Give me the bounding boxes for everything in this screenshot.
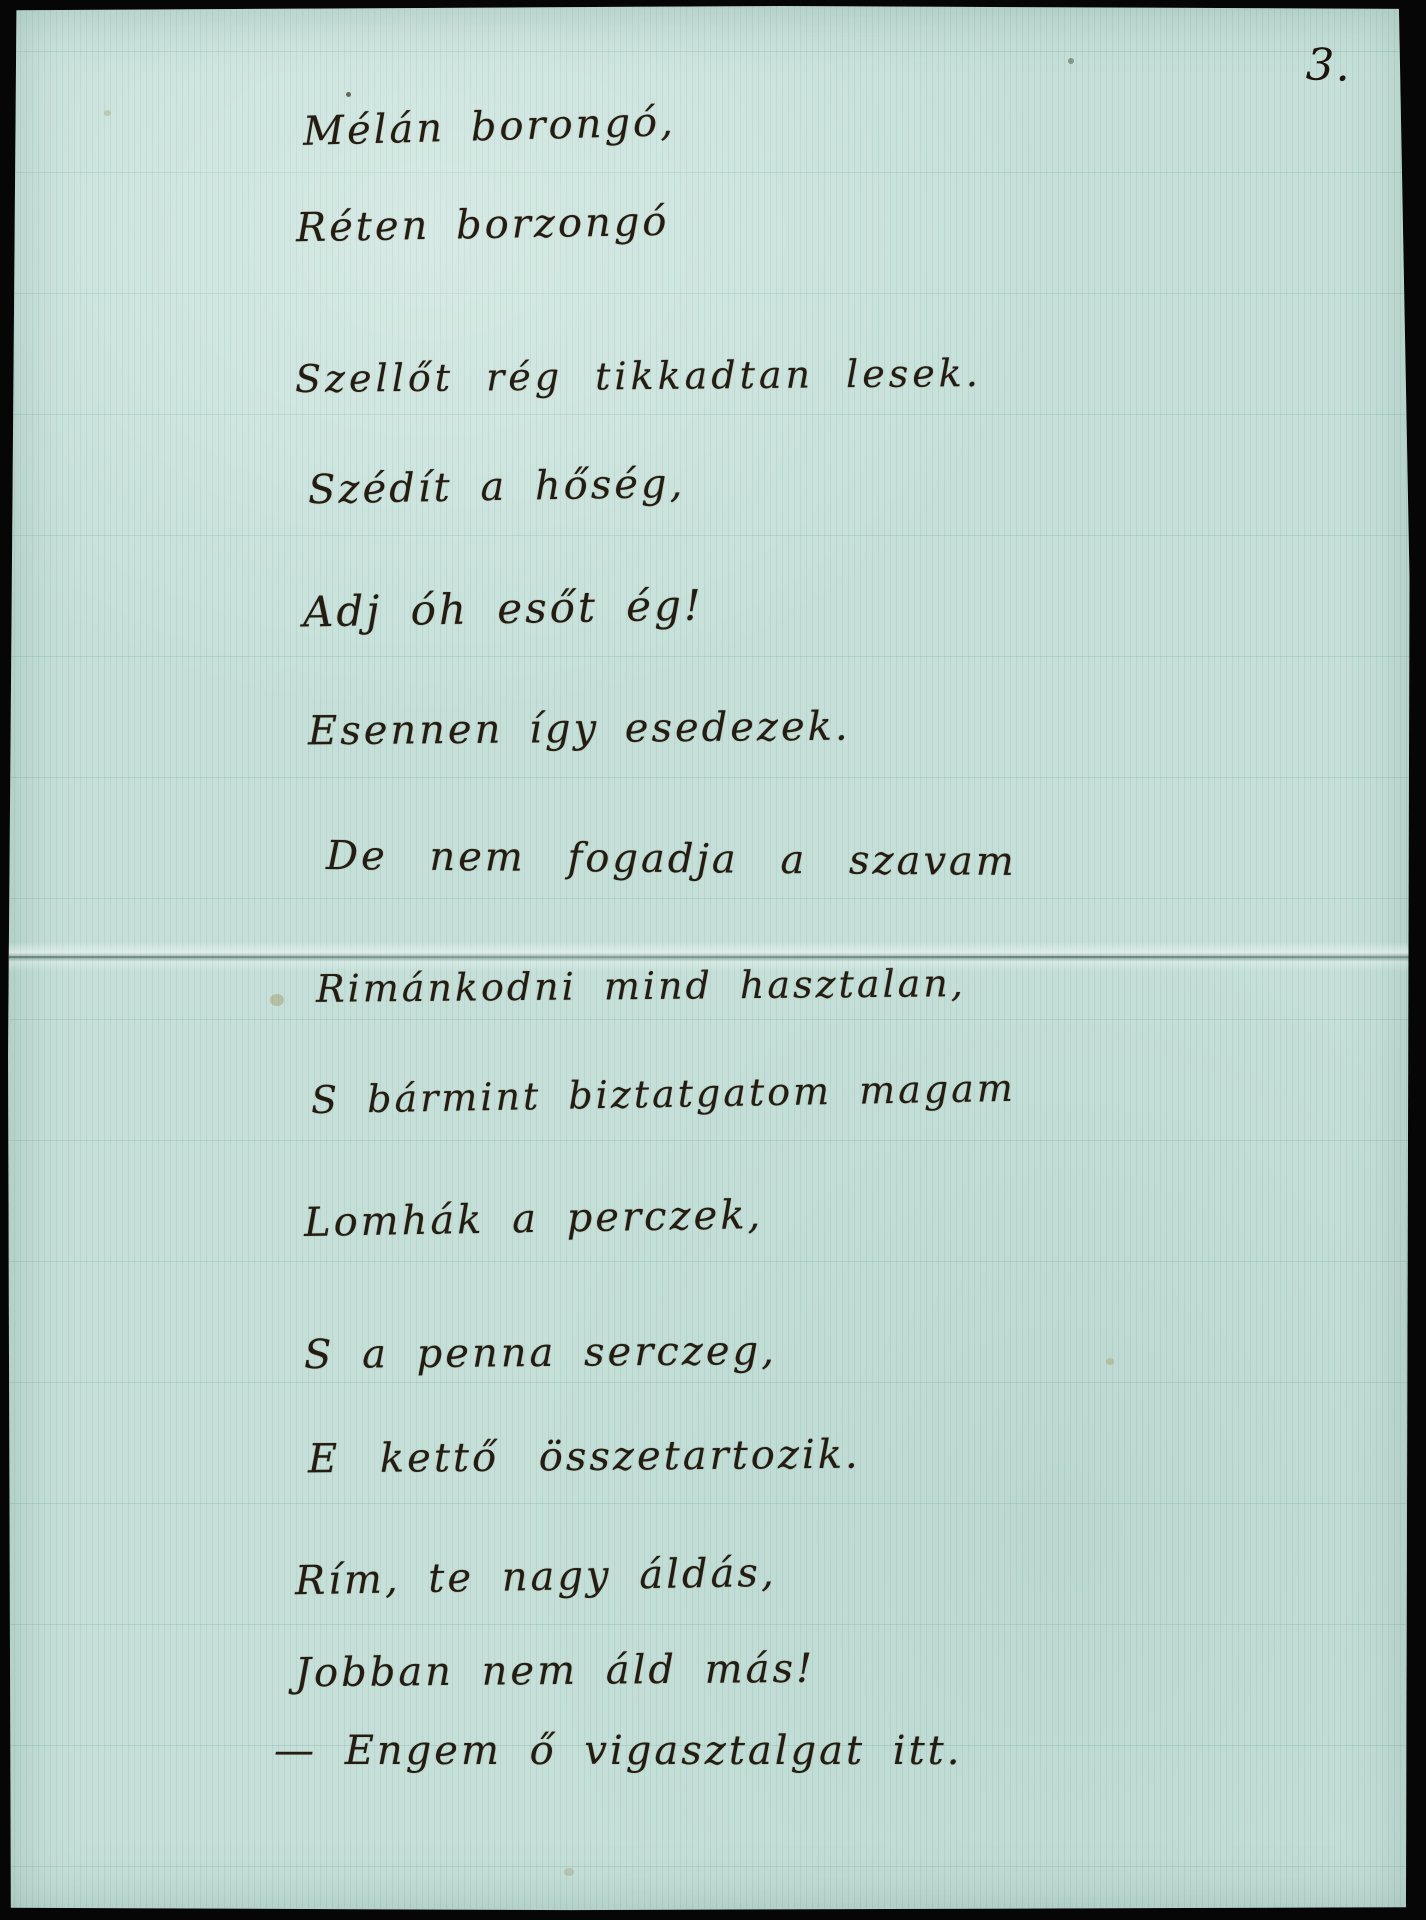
poem-line: Szellőt rég tikkadtan lesek. (295, 351, 982, 401)
poem-line: — Engem ő vigasztalgat itt. (274, 1728, 962, 1774)
poem-line: Szédít a hőség, (308, 461, 686, 514)
paper-stain (104, 110, 111, 116)
paper-stain (270, 994, 284, 1006)
poem-line: S a penna serczeg, (304, 1328, 777, 1378)
poem-line: Lomhák a perczek, (304, 1192, 764, 1246)
poem-line: Adj óh esőt ég! (303, 581, 705, 637)
paper-stain (346, 92, 351, 97)
poem-line: E kettő összetartozik. (308, 1432, 861, 1483)
poem-line: S bármint biztatgatom magam (311, 1066, 1017, 1122)
poem-line: Réten borzongó (296, 199, 670, 252)
fold-crease (8, 942, 1413, 972)
paper-stain (1106, 1358, 1114, 1365)
page-number: 3. (1305, 39, 1353, 92)
poem-line: Mélán borongó, (302, 99, 676, 155)
poem-line: Jobban nem áld más! (295, 1646, 815, 1697)
paper-stain (1068, 58, 1074, 64)
scan-background: 3. Mélán borongó,Réten borzongóSzellőt r… (0, 0, 1426, 1920)
poem-line: Rím, te nagy áldás, (295, 1550, 777, 1604)
manuscript-page: 3. Mélán borongó,Réten borzongóSzellőt r… (8, 6, 1413, 1912)
poem-line: De nem fogadja a szavam (326, 833, 1017, 885)
paper-stain (564, 1868, 574, 1876)
poem-line: Esennen így esedezek. (308, 704, 851, 755)
